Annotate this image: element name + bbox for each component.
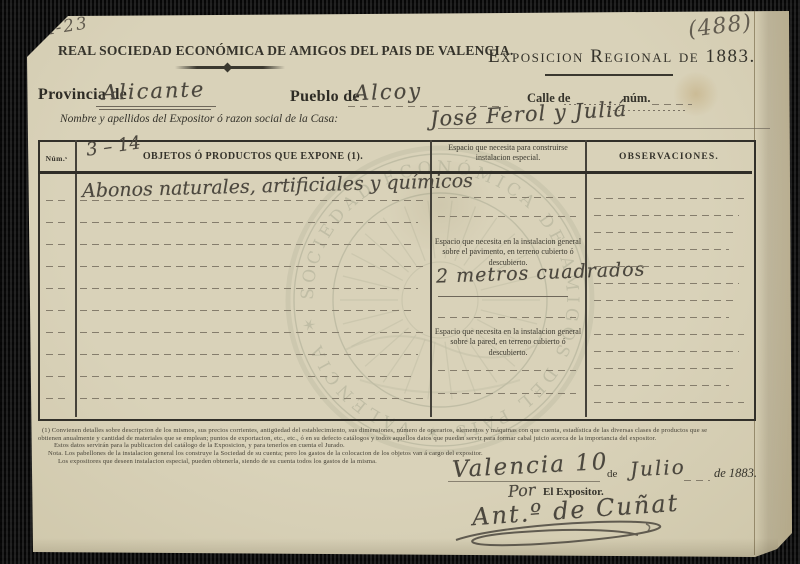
ruled-line: [438, 197, 576, 198]
pencil-archive-code: XX-23: [27, 13, 90, 42]
ruled-line: [80, 310, 412, 311]
ruled-line: [46, 244, 70, 245]
ruled-line: [80, 288, 418, 289]
ruled-line: [594, 283, 739, 284]
table-vline-num: [75, 140, 77, 417]
title-divider-dot: [223, 63, 233, 73]
ruled-line: [594, 351, 739, 352]
espacio-especial-header: Espacio que necesita para construirse in…: [434, 143, 582, 164]
ruled-line: [80, 222, 418, 223]
ruled-line: [594, 232, 734, 233]
num-column-header: Núm.ˢ: [38, 154, 75, 163]
ruled-line: [594, 266, 744, 267]
ruled-line: [46, 354, 70, 355]
espacio-pared-label: Espacio que necesita en la instalacion g…: [433, 327, 583, 358]
num-blank-line: [652, 104, 692, 105]
paper-sheet: SOCIEDAD ECONÓMICA DE AMIGOS DEL PAIS ✶ …: [0, 0, 800, 564]
ruled-line: [438, 393, 576, 394]
pueblo-label: Pueblo de: [290, 88, 360, 106]
society-title: REAL SOCIEDAD ECONÓMICA DE AMIGOS DEL PA…: [58, 43, 394, 59]
date-month-value: Julio: [629, 455, 686, 482]
ruled-line: [594, 317, 729, 318]
provincia-value: Alicante: [102, 77, 206, 105]
ruled-line: [594, 198, 744, 199]
expositor-value: José Ferol y Juliá: [430, 97, 628, 131]
ruled-line: [46, 288, 70, 289]
expositor-label: Nombre y apellidos del Expositor ó razon…: [60, 113, 338, 125]
ruled-line: [438, 296, 568, 297]
page-edge-shadow: [754, 10, 793, 555]
ruled-line: [46, 310, 70, 311]
ruled-line: [594, 402, 744, 403]
expositor-underline: [438, 128, 770, 129]
ruled-line: [438, 216, 576, 217]
ruled-line: [438, 317, 576, 318]
ruled-line: [594, 215, 739, 216]
ruled-line: [80, 200, 424, 201]
ruled-line: [46, 200, 70, 201]
ruled-line: [46, 398, 70, 399]
ruled-line: [80, 398, 424, 399]
ruled-line: [80, 266, 424, 267]
num-label: núm.: [623, 91, 650, 106]
ruled-line: [594, 368, 734, 369]
ruled-line: [594, 385, 729, 386]
ruled-line: [80, 332, 424, 333]
ruled-line: [80, 376, 412, 377]
footnote-line-1: (1) Convienen detalles sobre descripcion…: [42, 427, 790, 434]
ruled-line: [46, 332, 70, 333]
ruled-line: [80, 354, 418, 355]
por-value: Por: [507, 480, 536, 501]
scanned-document: SOCIEDAD ECONÓMICA DE AMIGOS DEL PAIS ✶ …: [0, 0, 800, 564]
ruled-line: [80, 244, 412, 245]
ruled-line: [594, 249, 729, 250]
blank-line-small: [608, 110, 686, 111]
exposition-underline: [545, 74, 673, 76]
ruled-line: [594, 300, 734, 301]
ruled-line: [46, 376, 70, 377]
footnote-line-3: Estos datos servirán para la publicacion…: [54, 442, 754, 449]
objetos-header: OBJETOS Ó PRODUCTOS QUE EXPONE (1).: [80, 151, 426, 162]
exposition-title: Exposicion Regional de 1883.: [488, 46, 748, 68]
ruled-line: [46, 266, 70, 267]
pueblo-value: Alcoy: [354, 79, 423, 105]
date-year-label: de 1883.: [714, 466, 757, 481]
pencil-number: (488): [687, 10, 754, 43]
provincia-underline-2: [99, 109, 211, 110]
ruled-line: [46, 222, 70, 223]
provincia-underline: [96, 106, 216, 107]
observaciones-header: OBSERVACIONES.: [588, 152, 750, 162]
ruled-line: [438, 370, 576, 371]
footnote-line-2: obtienen anualmente y cantidad de materi…: [38, 435, 786, 442]
date-de-label: de: [607, 468, 617, 480]
date-month-underline: [684, 480, 710, 481]
signature-flourish: [450, 512, 670, 554]
ruled-line: [594, 334, 744, 335]
